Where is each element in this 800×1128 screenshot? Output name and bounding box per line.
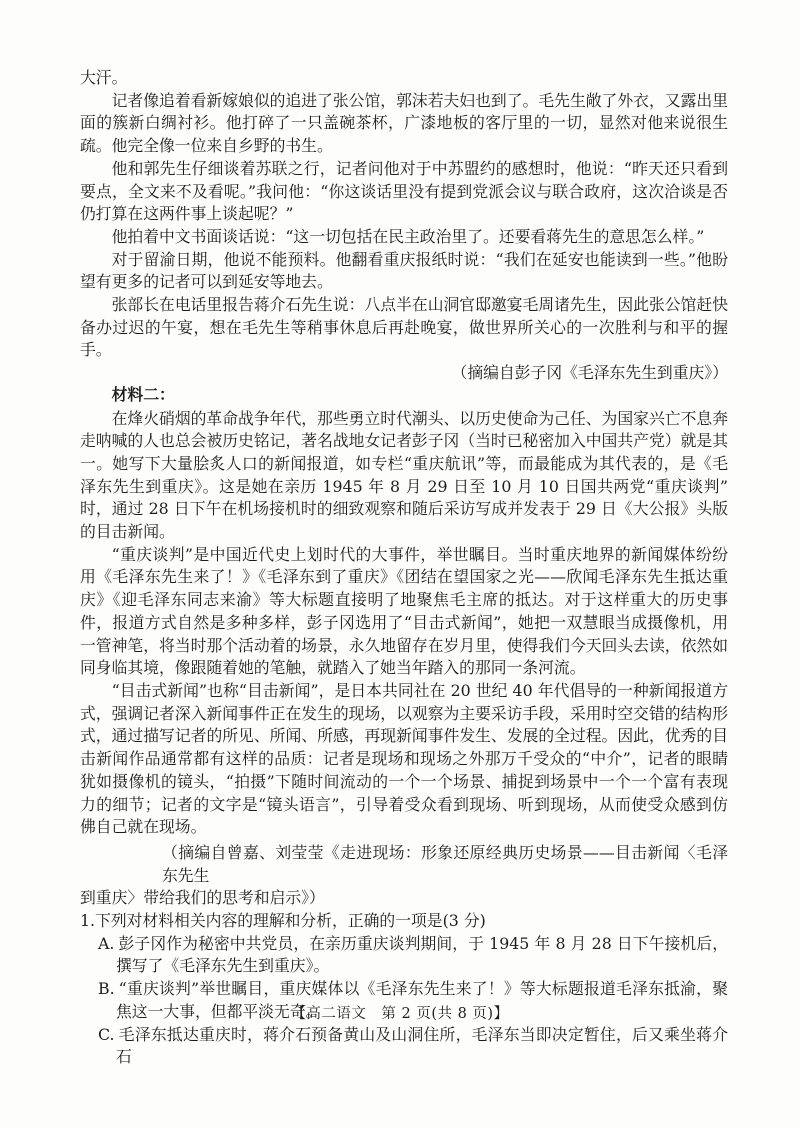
material-two-attribution: （摘编自曾嘉、刘莹莹《走进现场：形象还原经典历史场景——目击新闻〈毛泽东先生 到… bbox=[80, 842, 728, 910]
option-a-text: 彭子冈作为秘密中共党员，在亲历重庆谈判期间，于 1945 年 8 月 28 日下… bbox=[116, 934, 728, 976]
option-b-label: B. bbox=[98, 979, 115, 998]
question-one-option-c: C.毛泽东抵达重庆时，蒋介石预备黄山及山洞住所，毛泽东当即决定暂住，后又乘坐蒋介… bbox=[116, 1024, 728, 1069]
option-c-label: C. bbox=[98, 1025, 115, 1044]
material-one-paragraph-4: 对于留渝日期，他说不能预料。他翻看重庆报纸时说：“我们在延安也能读到一些。”他盼… bbox=[80, 249, 728, 294]
material-one-paragraph-1: 记者像追着看新嫁娘似的追进了张公馆，郭沫若夫妇也到了。毛先生敞了外衣，又露出里面… bbox=[80, 90, 728, 158]
page-content: 大汗。 记者像追着看新嫁娘似的追进了张公馆，郭沫若夫妇也到了。毛先生敞了外衣，又… bbox=[80, 67, 728, 1069]
material-two-attribution-line-1: （摘编自曾嘉、刘莹莹《走进现场：形象还原经典历史场景——目击新闻〈毛泽东先生 bbox=[162, 842, 728, 887]
question-one-stem: 1.下列对材料相关内容的理解和分析，正确的一项是(3 分) bbox=[80, 910, 728, 933]
exam-page: 大汗。 记者像追着看新嫁娘似的追进了张公馆，郭沫若夫妇也到了。毛先生敞了外衣，又… bbox=[0, 0, 800, 1128]
material-two-paragraph-2: “重庆谈判”是中国近代史上划时代的大事件，举世瞩目。当时重庆地界的新闻媒体纷纷用… bbox=[80, 544, 728, 680]
material-one-paragraph-2: 他和郭先生仔细谈着苏联之行，记者问他对于中苏盟约的感想时，他说：“昨天还只看到要… bbox=[80, 158, 728, 226]
material-one-attribution: （摘编自彭子冈《毛泽东先生到重庆》） bbox=[80, 362, 728, 385]
material-two-heading: 材料二： bbox=[80, 385, 728, 408]
material-two-attribution-line-2: 到重庆〉带给我们的思考和启示》） bbox=[80, 887, 728, 910]
continuation-line: 大汗。 bbox=[80, 67, 728, 90]
material-one-paragraph-5: 张部长在电话里报告蒋介石先生说：八点半在山洞官邸邀宴毛周诸先生，因此张公馆赶快备… bbox=[80, 294, 728, 362]
material-two-paragraph-3: “目击式新闻”也称“目击新闻”，是日本共同社在 20 世纪 40 年代倡导的一种… bbox=[80, 680, 728, 839]
option-c-text: 毛泽东抵达重庆时，蒋介石预备黄山及山洞住所，毛泽东当即决定暂住，后又乘坐蒋介石 bbox=[116, 1025, 728, 1067]
material-two-paragraph-1: 在烽火硝烟的革命战争年代，那些勇立时代潮头、以历史使命为己任、为国家兴亡不息奔走… bbox=[80, 408, 728, 544]
option-a-label: A. bbox=[98, 934, 114, 953]
material-one-paragraph-3: 他拍着中文书面谈话说：“这一切包括在民主政治里了。还要看蒋先生的意思怎么样。” bbox=[80, 226, 728, 249]
page-footer: 【高二语文 第 2 页(共 8 页)】 bbox=[0, 1002, 800, 1023]
question-one-option-a: A.彭子冈作为秘密中共党员，在亲历重庆谈判期间，于 1945 年 8 月 28 … bbox=[116, 933, 728, 978]
